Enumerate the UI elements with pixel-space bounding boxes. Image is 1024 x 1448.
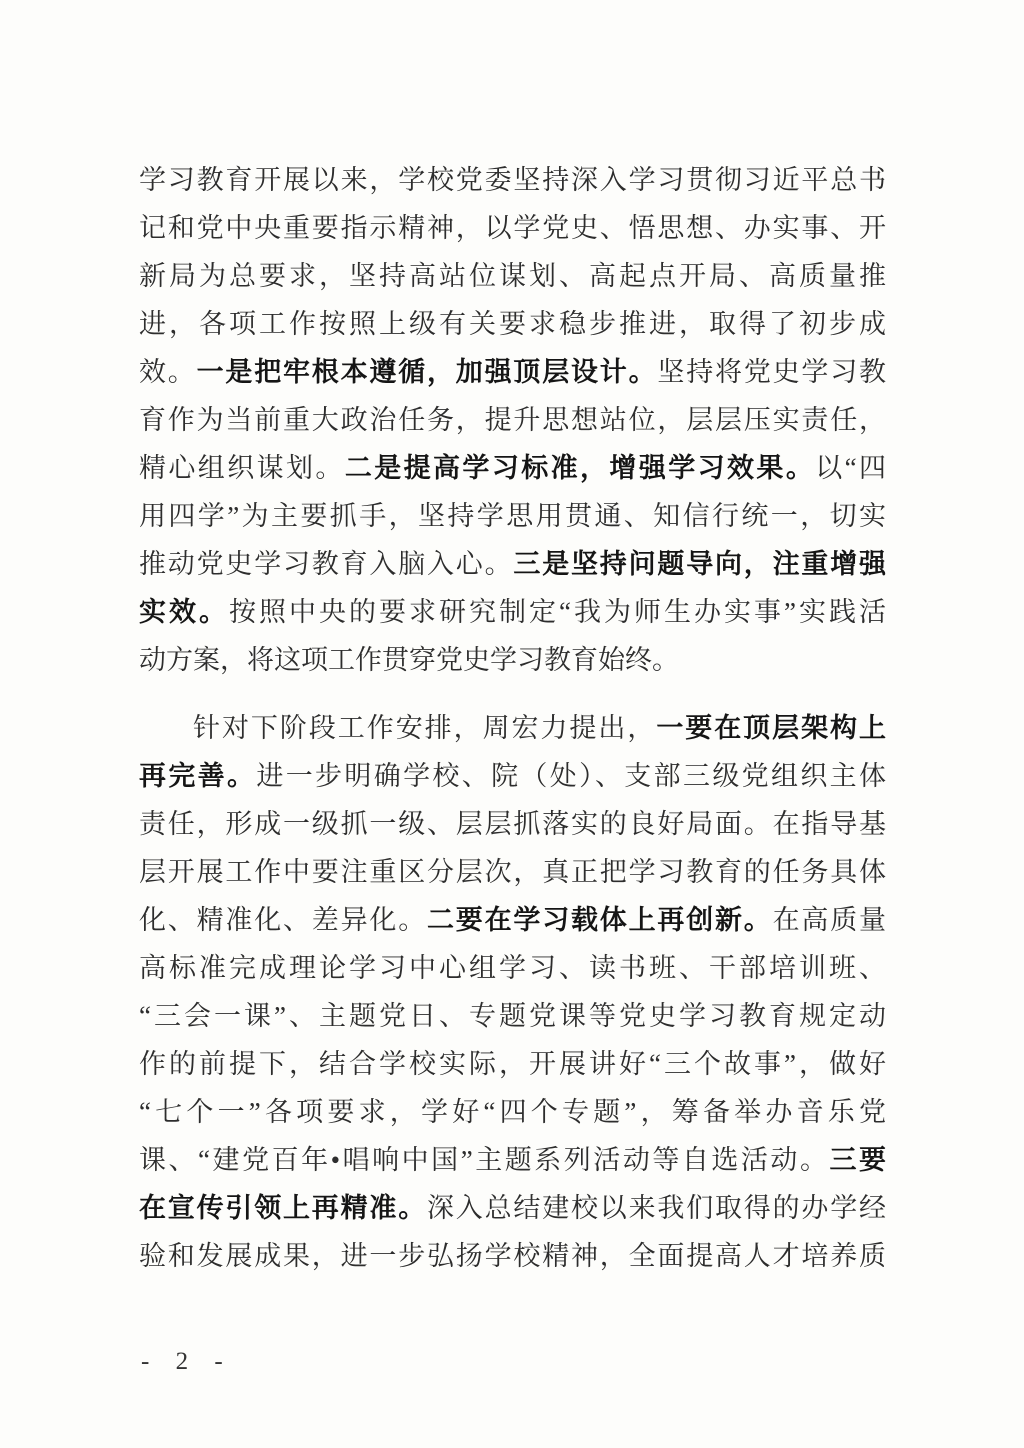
text-line: 动方案，将这项工作贯穿党史学习教育始终。 (139, 636, 886, 684)
text-line: 针对下阶段工作安排，周宏力提出，一要在顶层架构上 (139, 704, 886, 752)
text-run: 高标准完成理论学习中心组学习、读书班、干部培训班、 (139, 953, 886, 983)
text-run: “三会一课”、主题党日、专题党课等党史学习教育规定动 (139, 1001, 886, 1031)
text-line: 再完善。进一步明确学校、院（处）、支部三级党组织主体 (139, 752, 886, 800)
text-line: 作的前提下，结合学校实际，开展讲好“三个故事”，做好 (139, 1040, 886, 1088)
text-line: 记和党中央重要指示精神，以学党史、悟思想、办实事、开 (139, 204, 886, 252)
text-run: 坚持将党史学习教 (657, 357, 886, 387)
text-run: 层开展工作中要注重区分层次，真正把学习教育的任务具体 (139, 857, 886, 887)
text-line: “三会一课”、主题党日、专题党课等党史学习教育规定动 (139, 992, 886, 1040)
text-run: 针对下阶段工作安排，周宏力提出， (193, 713, 656, 743)
text-line: 验和发展成果，进一步弘扬学校精神，全面提高人才培养质 (139, 1232, 886, 1280)
text-run: 化、精准化、差异化。 (139, 905, 427, 935)
text-run: “七个一”各项要求，学好“四个专题”，筹备举办音乐党 (139, 1097, 886, 1127)
text-line: “七个一”各项要求，学好“四个专题”，筹备举办音乐党 (139, 1088, 886, 1136)
bold-text-run: 实效。 (139, 597, 229, 627)
bold-text-run: 二是提高学习标准，增强学习效果。 (345, 453, 815, 483)
text-line: 责任，形成一级抓一级、层层抓落实的良好局面。在指导基 (139, 800, 886, 848)
bold-text-run: 三要 (829, 1145, 886, 1175)
text-line: 学习教育开展以来，学校党委坚持深入学习贯彻习近平总书 (139, 156, 886, 204)
text-run: 学习教育开展以来，学校党委坚持深入学习贯彻习近平总书 (139, 165, 886, 195)
text-line: 实效。按照中央的要求研究制定“我为师生办实事”实践活 (139, 588, 886, 636)
text-run: 记和党中央重要指示精神，以学党史、悟思想、办实事、开 (139, 213, 886, 243)
text-run: 进一步明确学校、院（处）、支部三级党组织主体 (256, 761, 886, 791)
text-run: 深入总结建校以来我们取得的办学经 (427, 1193, 886, 1223)
text-line: 育作为当前重大政治任务，提升思想站位，层层压实责任， (139, 396, 886, 444)
text-run: 新局为总要求，坚持高站位谋划、高起点开局、高质量推 (139, 261, 886, 291)
bold-text-run: 一要在顶层架构上 (656, 713, 886, 743)
text-run: 精心组织谋划。 (139, 453, 345, 483)
text-run: 课、“建党百年•唱响中国”主题系列活动等自选活动。 (139, 1145, 829, 1175)
text-run: 育作为当前重大政治任务，提升思想站位，层层压实责任， (139, 405, 886, 435)
text-run: 按照中央的要求研究制定“我为师生办实事”实践活 (229, 597, 886, 627)
text-line: 用四学”为主要抓手，坚持学思用贯通、知信行统一，切实 (139, 492, 886, 540)
text-run: 验和发展成果，进一步弘扬学校精神，全面提高人才培养质 (139, 1241, 886, 1271)
text-run: 责任，形成一级抓一级、层层抓落实的良好局面。在指导基 (139, 809, 886, 839)
text-line: 精心组织谋划。二是提高学习标准，增强学习效果。以“四 (139, 444, 886, 492)
bold-text-run: 在宣传引领上再精准。 (139, 1193, 427, 1223)
text-line: 在宣传引领上再精准。深入总结建校以来我们取得的办学经 (139, 1184, 886, 1232)
text-run: 推动党史学习教育入脑入心。 (139, 549, 513, 579)
text-run: 效。 (139, 357, 197, 387)
text-run: 以“四 (815, 453, 886, 483)
bold-text-run: 再完善。 (139, 761, 256, 791)
text-run: 作的前提下，结合学校实际，开展讲好“三个故事”，做好 (139, 1049, 886, 1079)
text-line: 推动党史学习教育入脑入心。三是坚持问题导向，注重增强 (139, 540, 886, 588)
text-line: 效。一是把牢根本遵循，加强顶层设计。坚持将党史学习教 (139, 348, 886, 396)
text-run: 动方案，将这项工作贯穿党史学习教育始终。 (139, 645, 679, 675)
text-run: 进，各项工作按照上级有关要求稳步推进，取得了初步成 (139, 309, 886, 339)
text-line: 高标准完成理论学习中心组学习、读书班、干部培训班、 (139, 944, 886, 992)
bold-text-run: 二要在学习载体上再创新。 (427, 905, 773, 935)
page-number: - 2 - (141, 1348, 233, 1376)
text-line: 层开展工作中要注重区分层次，真正把学习教育的任务具体 (139, 848, 886, 896)
text-line: 进，各项工作按照上级有关要求稳步推进，取得了初步成 (139, 300, 886, 348)
text-line: 化、精准化、差异化。二要在学习载体上再创新。在高质量 (139, 896, 886, 944)
document-body: 学习教育开展以来，学校党委坚持深入学习贯彻习近平总书记和党中央重要指示精神，以学… (139, 156, 886, 1280)
document-page: 学习教育开展以来，学校党委坚持深入学习贯彻习近平总书记和党中央重要指示精神，以学… (0, 0, 1024, 1448)
paragraph: 针对下阶段工作安排，周宏力提出，一要在顶层架构上再完善。进一步明确学校、院（处）… (139, 704, 886, 1280)
text-line: 课、“建党百年•唱响中国”主题系列活动等自选活动。三要 (139, 1136, 886, 1184)
bold-text-run: 三是坚持问题导向，注重增强 (513, 549, 886, 579)
paragraph: 学习教育开展以来，学校党委坚持深入学习贯彻习近平总书记和党中央重要指示精神，以学… (139, 156, 886, 684)
text-run: 在高质量 (773, 905, 886, 935)
text-line: 新局为总要求，坚持高站位谋划、高起点开局、高质量推 (139, 252, 886, 300)
bold-text-run: 一是把牢根本遵循，加强顶层设计。 (197, 357, 658, 387)
text-run: 用四学”为主要抓手，坚持学思用贯通、知信行统一，切实 (139, 501, 886, 531)
